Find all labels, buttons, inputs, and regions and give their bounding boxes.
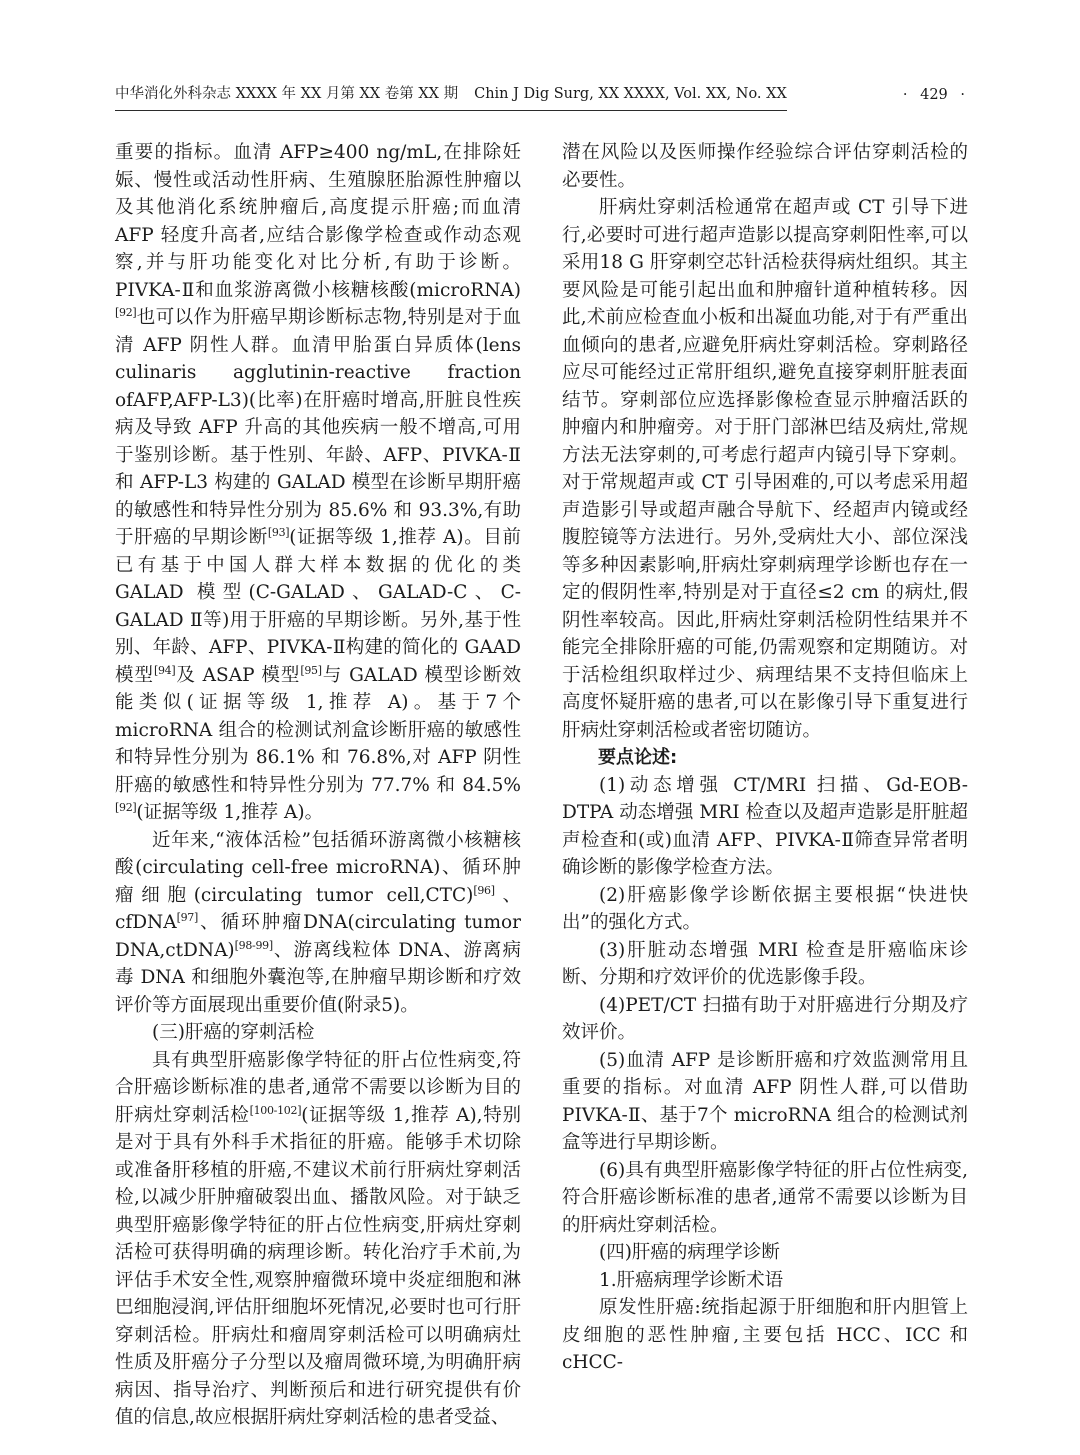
body-paragraph: 肝病灶穿刺活检通常在超声或 CT 引导下进行,必要时可进行超声造影以提高穿刺阳性…	[562, 194, 968, 744]
key-point-item: (6)具有典型肝癌影像学特征的肝占位性病变,符合肝癌诊断标准的患者,通常不需要以…	[562, 1157, 968, 1240]
body-paragraph: 原发性肝癌:统指起源于肝细胞和肝内胆管上皮细胞的恶性肿瘤,主要包括 HCC、IC…	[562, 1294, 968, 1377]
key-point-item: (5)血清 AFP 是诊断肝癌和疗效监测常用且重要的指标。对血清 AFP 阴性人…	[562, 1047, 968, 1157]
reference-marker: [94]	[154, 664, 175, 677]
reference-marker: [98-99]	[235, 939, 273, 952]
key-points-heading: 要点论述:	[562, 744, 968, 772]
reference-marker: [100-102]	[250, 1104, 302, 1117]
page-header: 中华消化外科杂志 XXXX 年 XX 月第 XX 卷第 XX 期Chin J D…	[115, 84, 965, 111]
body-paragraph: 潜在风险以及医师操作经验综合评估穿刺活检的必要性。	[562, 139, 968, 194]
section-heading: (三)肝癌的穿刺活检	[115, 1019, 521, 1047]
reference-marker: [93]	[268, 526, 289, 539]
section-heading: (四)肝癌的病理学诊断	[562, 1239, 968, 1267]
journal-title-en: Chin J Dig Surg, XX XXXX, Vol. XX, No. X…	[474, 86, 787, 102]
body-paragraph: 具有典型肝癌影像学特征的肝占位性病变,符合肝癌诊断标准的患者,通常不需要以诊断为…	[115, 1047, 521, 1432]
key-point-item: (4)PET/CT 扫描有助于对肝癌进行分期及疗效评价。	[562, 992, 968, 1047]
reference-marker: [92]	[115, 801, 136, 814]
running-head: 中华消化外科杂志 XXXX 年 XX 月第 XX 卷第 XX 期Chin J D…	[115, 84, 787, 111]
right-text-column: 潜在风险以及医师操作经验综合评估穿刺活检的必要性。肝病灶穿刺活检通常在超声或 C…	[562, 139, 968, 1377]
page-number: · 429 ·	[903, 85, 965, 111]
journal-title-cn: 中华消化外科杂志 XXXX 年 XX 月第 XX 卷第 XX 期	[115, 86, 458, 102]
key-point-item: (1)动态增强 CT/MRI 扫描、Gd-EOB-DTPA 动态增强 MRI 检…	[562, 772, 968, 882]
reference-marker: [95]	[300, 664, 321, 677]
left-text-column: 重要的指标。血清 AFP≥400 ng/mL,在排除妊娠、慢性或活动性肝病、生殖…	[115, 139, 521, 1432]
journal-page: 中华消化外科杂志 XXXX 年 XX 月第 XX 卷第 XX 期Chin J D…	[0, 0, 1080, 1455]
body-paragraph: 重要的指标。血清 AFP≥400 ng/mL,在排除妊娠、慢性或活动性肝病、生殖…	[115, 139, 521, 827]
subsection-heading: 1.肝癌病理学诊断术语	[562, 1267, 968, 1295]
key-point-item: (3)肝脏动态增强 MRI 检查是肝癌临床诊断、分期和疗效评价的优选影像手段。	[562, 937, 968, 992]
reference-marker: [92]	[115, 306, 136, 319]
reference-marker: [96]	[473, 884, 494, 897]
reference-marker: [97]	[177, 911, 198, 924]
key-point-item: (2)肝癌影像学诊断依据主要根据“快进快出”的强化方式。	[562, 882, 968, 937]
body-paragraph: 近年来,“液体活检”包括循环游离微小核糖核酸(circulating cell-…	[115, 827, 521, 1020]
